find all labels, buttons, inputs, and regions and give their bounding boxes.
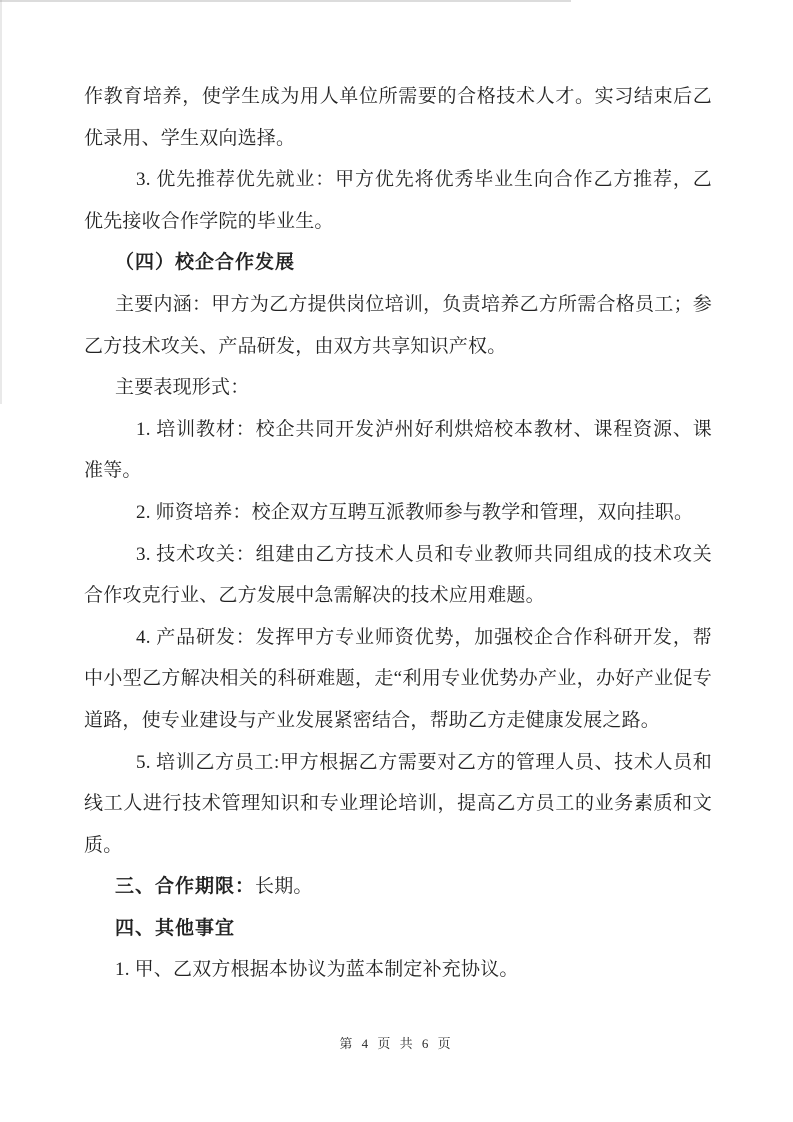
body-text: 主要表现形式： — [115, 377, 249, 398]
text-line: 作教育培养，使学生成为用人单位所需要的合格技术人才。实习结束后乙方择 — [84, 76, 712, 118]
text-line: 5. 培训乙方员工:甲方根据乙方需要对乙方的管理人员、技术人员和一 — [84, 742, 712, 784]
body-text: 1. 培训教材：校企共同开发泸州好利烘焙校本教材、课程资源、课程标 — [136, 419, 712, 451]
body-text: 质。 — [84, 835, 122, 856]
body-text: 道路，使专业建设与产业发展紧密结合，帮助乙方走健康发展之路。 — [84, 710, 660, 731]
text-line: 三、合作期限：长期。 — [84, 866, 712, 908]
body-text: 乙方技术攻关、产品研发，由双方共享知识产权。 — [84, 336, 506, 357]
body-text: 3. 技术攻关：组建由乙方技术人员和专业教师共同组成的技术攻关组， — [136, 544, 712, 576]
body-text: 线工人进行技术管理知识和专业理论培训，提高乙方员工的业务素质和文化素 — [84, 793, 712, 825]
text-line: 3. 优先推荐优先就业：甲方优先将优秀毕业生向合作乙方推荐，乙方 — [84, 159, 712, 201]
text-line: 3. 技术攻关：组建由乙方技术人员和专业教师共同组成的技术攻关组， — [84, 534, 712, 576]
body-text: 合作攻克行业、乙方发展中急需解决的技术应用难题。 — [84, 585, 545, 606]
text-line: 中小型乙方解决相关的科研难题，走“利用专业优势办产业，办好产业促专业” — [84, 658, 712, 700]
text-line: 准等。 — [84, 450, 712, 492]
body-text: 主要内涵：甲方为乙方提供岗位培训，负责培养乙方所需合格员工；参与 — [115, 294, 712, 326]
bold-text: 四、其他事宜 — [115, 918, 235, 939]
text-line: 4. 产品研发：发挥甲方专业师资优势，加强校企合作科研开发，帮助 — [84, 617, 712, 659]
text-line: 线工人进行技术管理知识和专业理论培训，提高乙方员工的业务素质和文化素 — [84, 783, 712, 825]
body-text: 优先接收合作学院的毕业生。 — [84, 211, 334, 232]
text-line: （四）校企合作发展 — [84, 242, 712, 284]
text-line: 乙方技术攻关、产品研发，由双方共享知识产权。 — [84, 326, 712, 368]
body-text: 5. 培训乙方员工:甲方根据乙方需要对乙方的管理人员、技术人员和一 — [136, 752, 712, 784]
body-text: 作教育培养，使学生成为用人单位所需要的合格技术人才。实习结束后乙方择 — [84, 86, 712, 118]
body-text: 长期。 — [255, 876, 313, 897]
body-text: 中小型乙方解决相关的科研难题，走“利用专业优势办产业，办好产业促专业” — [84, 668, 712, 700]
text-line: 合作攻克行业、乙方发展中急需解决的技术应用难题。 — [84, 575, 712, 617]
text-line: 优录用、学生双向选择。 — [84, 118, 712, 160]
body-text: 准等。 — [84, 460, 142, 481]
text-line: 1. 培训教材：校企共同开发泸州好利烘焙校本教材、课程资源、课程标 — [84, 409, 712, 451]
body-text: 4. 产品研发：发挥甲方专业师资优势，加强校企合作科研开发，帮助 — [136, 627, 712, 659]
body-text: 1. 甲、乙双方根据本协议为蓝本制定补充协议。 — [115, 959, 519, 980]
body-text: 3. 优先推荐优先就业：甲方优先将优秀毕业生向合作乙方推荐，乙方 — [136, 169, 712, 201]
scan-edge-top — [0, 0, 571, 2]
body-text: 2. 师资培养：校企双方互聘互派教师参与教学和管理，双向挂职。 — [136, 502, 693, 523]
text-line: 主要内涵：甲方为乙方提供岗位培训，负责培养乙方所需合格员工；参与 — [84, 284, 712, 326]
text-line: 1. 甲、乙双方根据本协议为蓝本制定补充协议。 — [84, 949, 712, 991]
text-line: 四、其他事宜 — [84, 908, 712, 950]
text-line: 道路，使专业建设与产业发展紧密结合，帮助乙方走健康发展之路。 — [84, 700, 712, 742]
text-line: 优先接收合作学院的毕业生。 — [84, 201, 712, 243]
text-line: 主要表现形式： — [84, 367, 712, 409]
text-line: 2. 师资培养：校企双方互聘互派教师参与教学和管理，双向挂职。 — [84, 492, 712, 534]
page-number: 第 4 页 共 6 页 — [0, 1034, 793, 1054]
document-body: 作教育培养，使学生成为用人单位所需要的合格技术人才。实习结束后乙方择优录用、学生… — [84, 76, 712, 991]
bold-text: 三、合作期限： — [115, 876, 255, 897]
text-line: 质。 — [84, 825, 712, 867]
body-text: 优录用、学生双向选择。 — [84, 128, 295, 149]
bold-text: （四）校企合作发展 — [115, 252, 295, 273]
scan-edge-left — [0, 0, 2, 404]
